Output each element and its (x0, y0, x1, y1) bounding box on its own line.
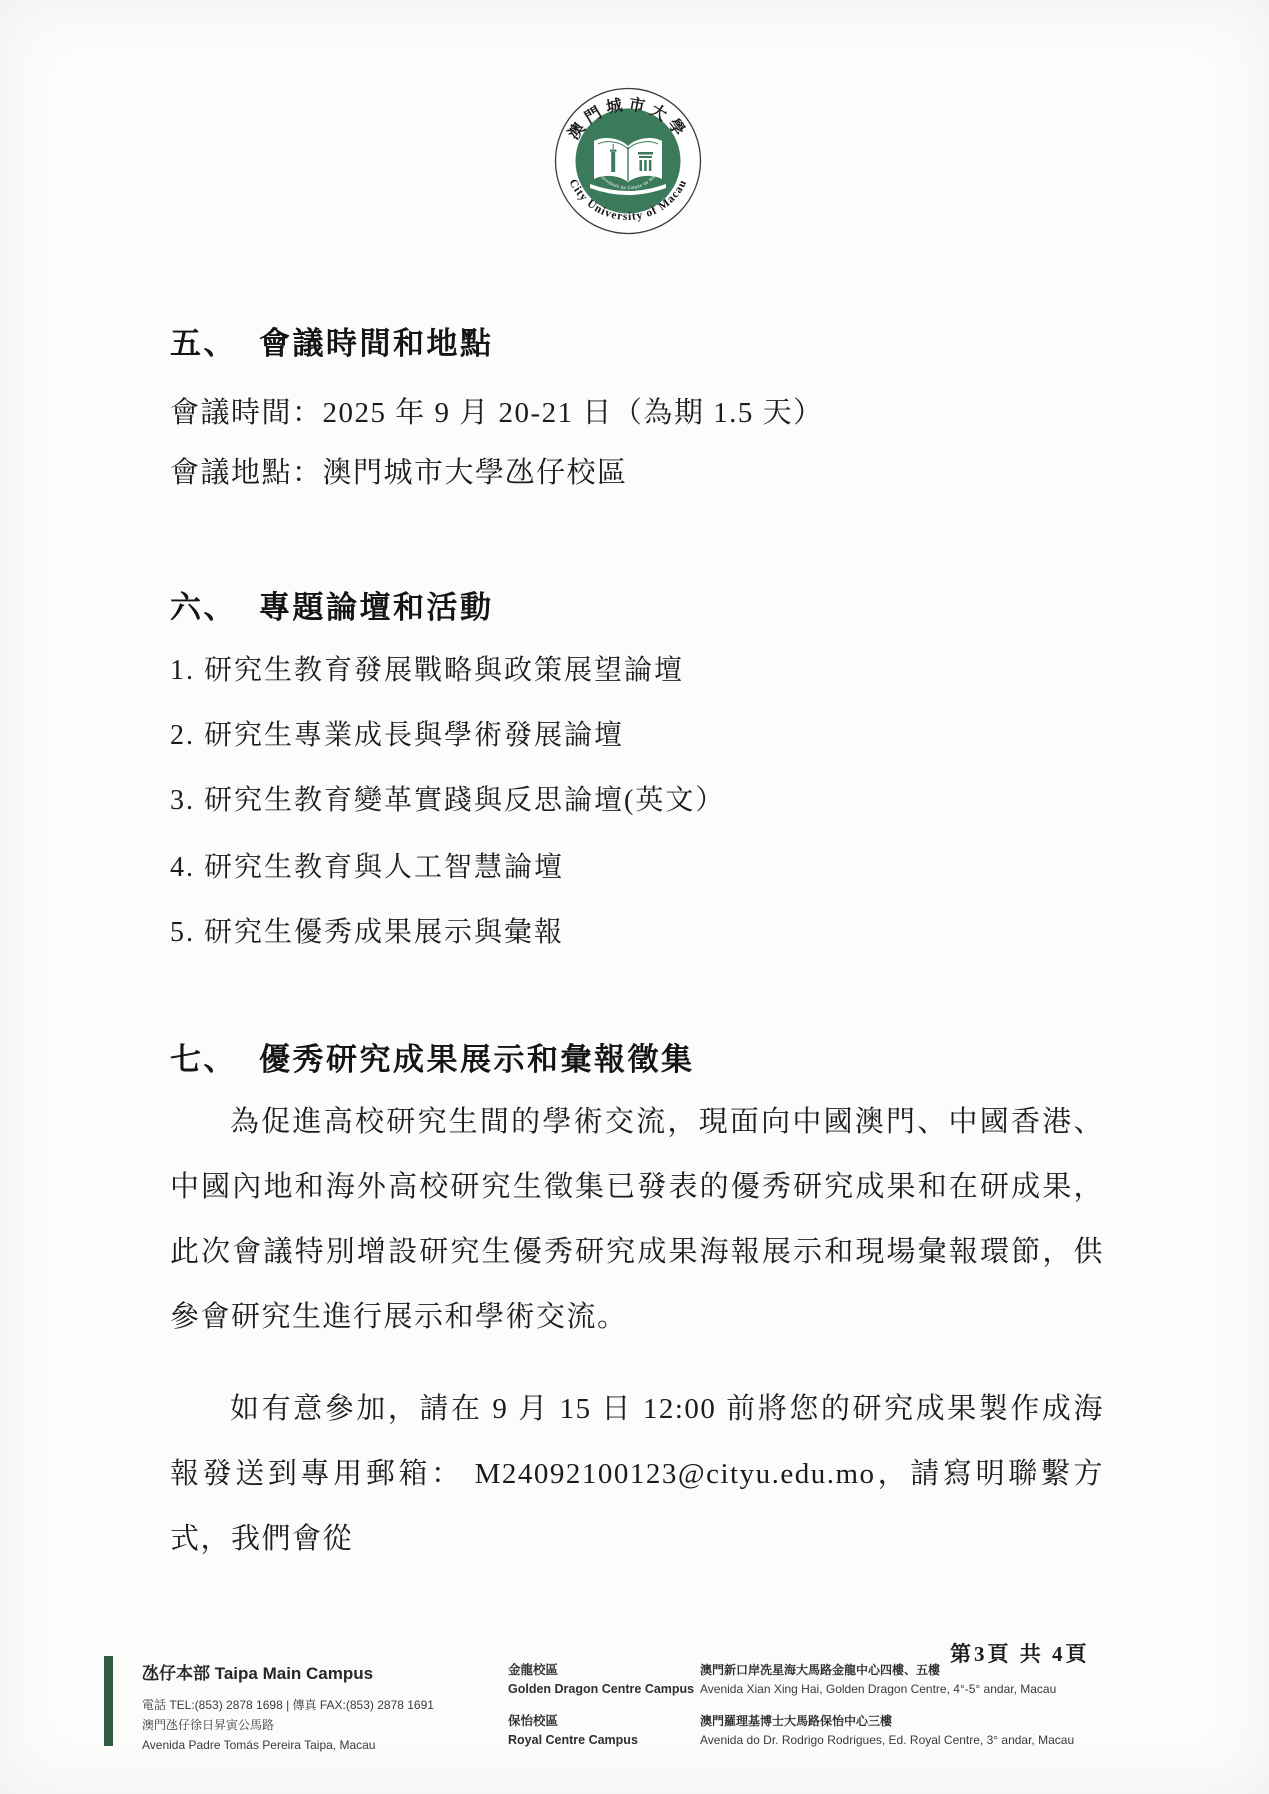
section-7-title: 優秀研究成果展示和彙報徵集 (259, 1042, 695, 1077)
royal-address-zh: 澳門羅理基博士大馬路保怡中心三樓 (700, 1712, 1074, 1731)
royal-address-pt: Avenida do Dr. Rodrigo Rodrigues, Ed. Ro… (700, 1731, 1074, 1750)
footer-taipa-campus: 氹仔本部 Taipa Main Campus 電話 TEL:(853) 2878… (142, 1659, 434, 1755)
golden-dragon-campus-name: 金龍校區 Golden Dragon Centre Campus (508, 1661, 694, 1699)
taipa-tel-fax: 電話 TEL:(853) 2878 1698 | 傳真 FAX:(853) 28… (142, 1695, 434, 1715)
section-6-number: 六、 (170, 590, 237, 625)
golden-dragon-name-en: Golden Dragon Centre Campus (508, 1680, 694, 1699)
royal-address: 澳門羅理基博士大馬路保怡中心三樓 Avenida do Dr. Rodrigo … (700, 1712, 1074, 1750)
footer-accent-bar (104, 1656, 113, 1746)
forum-item-5: 5. 研究生優秀成果展示與彙報 (170, 910, 564, 950)
royal-campus-name: 保怡校區 Royal Centre Campus (508, 1712, 694, 1750)
solicitation-paragraph: 為促進高校研究生間的學術交流，現面向中國澳門、中國香港、中國內地和海外高校研究生… (170, 1090, 1104, 1350)
section-6-heading: 六、專題論壇和活動 (170, 582, 494, 627)
footer-campus-addresses: 澳門新口岸冼星海大馬路金龍中心四樓、五樓 Avenida Xian Xing H… (700, 1661, 1074, 1750)
section-6-title: 專題論壇和活動 (259, 590, 494, 625)
document-page: 澳門城市大學 City University of Macau Universi… (0, 0, 1269, 1794)
taipa-address-pt: Avenida Padre Tomás Pereira Taipa, Macau (142, 1735, 434, 1755)
taipa-address-zh: 澳門氹仔徐日昇寅公馬路 (142, 1715, 434, 1735)
submission-paragraph: 如有意參加，請在 9 月 15 日 12:00 前將您的研究成果製作成海報發送到… (170, 1377, 1104, 1572)
forum-item-1: 1. 研究生教育發展戰略與政策展望論壇 (170, 648, 684, 688)
golden-dragon-name-zh: 金龍校區 (508, 1661, 694, 1680)
royal-name-en: Royal Centre Campus (508, 1731, 694, 1750)
royal-name-zh: 保怡校區 (508, 1712, 694, 1731)
taipa-campus-title: 氹仔本部 Taipa Main Campus (142, 1659, 434, 1684)
university-logo: 澳門城市大學 City University of Macau Universi… (553, 86, 703, 236)
forum-item-4: 4. 研究生教育與人工智慧論壇 (170, 845, 564, 885)
meeting-venue-line: 會議地點：澳門城市大學氹仔校區 (170, 450, 628, 491)
golden-dragon-address-pt: Avenida Xian Xing Hai, Golden Dragon Cen… (700, 1680, 1074, 1699)
forum-item-3: 3. 研究生教育變革實踐與反思論壇(英文） (170, 778, 725, 818)
section-5-title: 會議時間和地點 (259, 326, 494, 361)
golden-dragon-address-zh: 澳門新口岸冼星海大馬路金龍中心四樓、五樓 (700, 1661, 1074, 1680)
section-7-heading: 七、優秀研究成果展示和彙報徵集 (170, 1034, 695, 1079)
footer-campus-names: 金龍校區 Golden Dragon Centre Campus 保怡校區 Ro… (508, 1661, 694, 1750)
section-7-number: 七、 (170, 1042, 237, 1077)
meeting-time-line: 會議時間：2025 年 9 月 20-21 日（為期 1.5 天） (170, 390, 824, 431)
section-5-number: 五、 (170, 326, 237, 361)
section-5-heading: 五、會議時間和地點 (170, 318, 494, 363)
golden-dragon-address: 澳門新口岸冼星海大馬路金龍中心四樓、五樓 Avenida Xian Xing H… (700, 1661, 1074, 1699)
forum-item-2: 2. 研究生專業成長與學術發展論壇 (170, 713, 624, 753)
